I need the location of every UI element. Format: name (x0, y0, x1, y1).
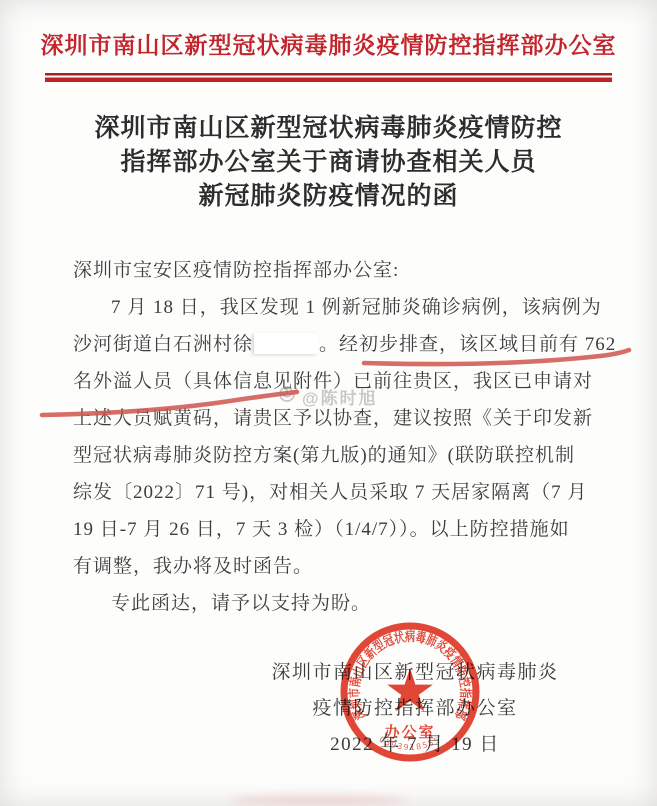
document-title-line-1: 深圳市南山区新型冠状病毒肺炎疫情防控 (0, 112, 657, 146)
body-line-5: 型冠状病毒肺炎防控方案(第九版)的通知》(联防联控机制 (73, 437, 603, 474)
signature-line-2: 疫情防控指挥部办公室 (235, 691, 595, 727)
letterhead-divider (45, 73, 612, 82)
letterhead-org-name: 深圳市南山区新型冠状病毒肺炎疫情防控指挥部办公室 (0, 27, 657, 60)
body-line-2-pre: 沙河街道白石洲村徐 (73, 334, 253, 355)
spiral-watermark-icon (276, 385, 300, 409)
watermark-text: @陈时旭 (302, 384, 378, 409)
salutation: 深圳市宝安区疫情防控指挥部办公室: (73, 252, 603, 289)
photo-watermark: @陈时旭 (276, 384, 378, 409)
document-title: 深圳市南山区新型冠状病毒肺炎疫情防控 指挥部办公室关于商请协查相关人员 新冠肺炎… (0, 112, 657, 214)
body-line-1: 7 月 18 日，我区发现 1 例新冠肺炎确诊病例，该病例为 (73, 289, 603, 326)
document-title-line-3: 新冠肺炎防疫情况的函 (0, 180, 657, 214)
signature-date: 2022 年 7 月 19 日 (235, 727, 595, 763)
body-line-7: 19 日-7 月 26 日，7 天 3 检）（1/4/7））。以上防控措施如 (73, 511, 603, 548)
redaction-box (254, 333, 318, 354)
letter-body: 深圳市宝安区疫情防控指挥部办公室: 7 月 18 日，我区发现 1 例新冠肺炎确… (73, 252, 603, 622)
document-page: 深圳市南山区新型冠状病毒肺炎疫情防控指挥部办公室 深圳市南山区新型冠状病毒肺炎疫… (0, 0, 657, 806)
closing-line: 专此函达，请予以支持为盼。 (73, 585, 603, 622)
body-line-6: 综发〔2022〕71 号)，对相关人员采取 7 天居家隔离（7 月 (73, 474, 603, 511)
document-title-line-2: 指挥部办公室关于商请协查相关人员 (0, 146, 657, 180)
signature-block: 深圳市南山区新型冠状病毒肺炎 疫情防控指挥部办公室 2022 年 7 月 19 … (235, 655, 595, 763)
body-line-8: 有调整，我办将及时函告。 (73, 548, 603, 585)
body-line-2: 沙河街道白石洲村徐。经初步排查，该区域目前有 762 (73, 326, 603, 363)
bottom-ink-smudge (228, 796, 408, 804)
body-line-2-post: 。经初步排查，该区域目前有 762 (319, 334, 616, 355)
signature-line-1: 深圳市南山区新型冠状病毒肺炎 (235, 655, 595, 691)
